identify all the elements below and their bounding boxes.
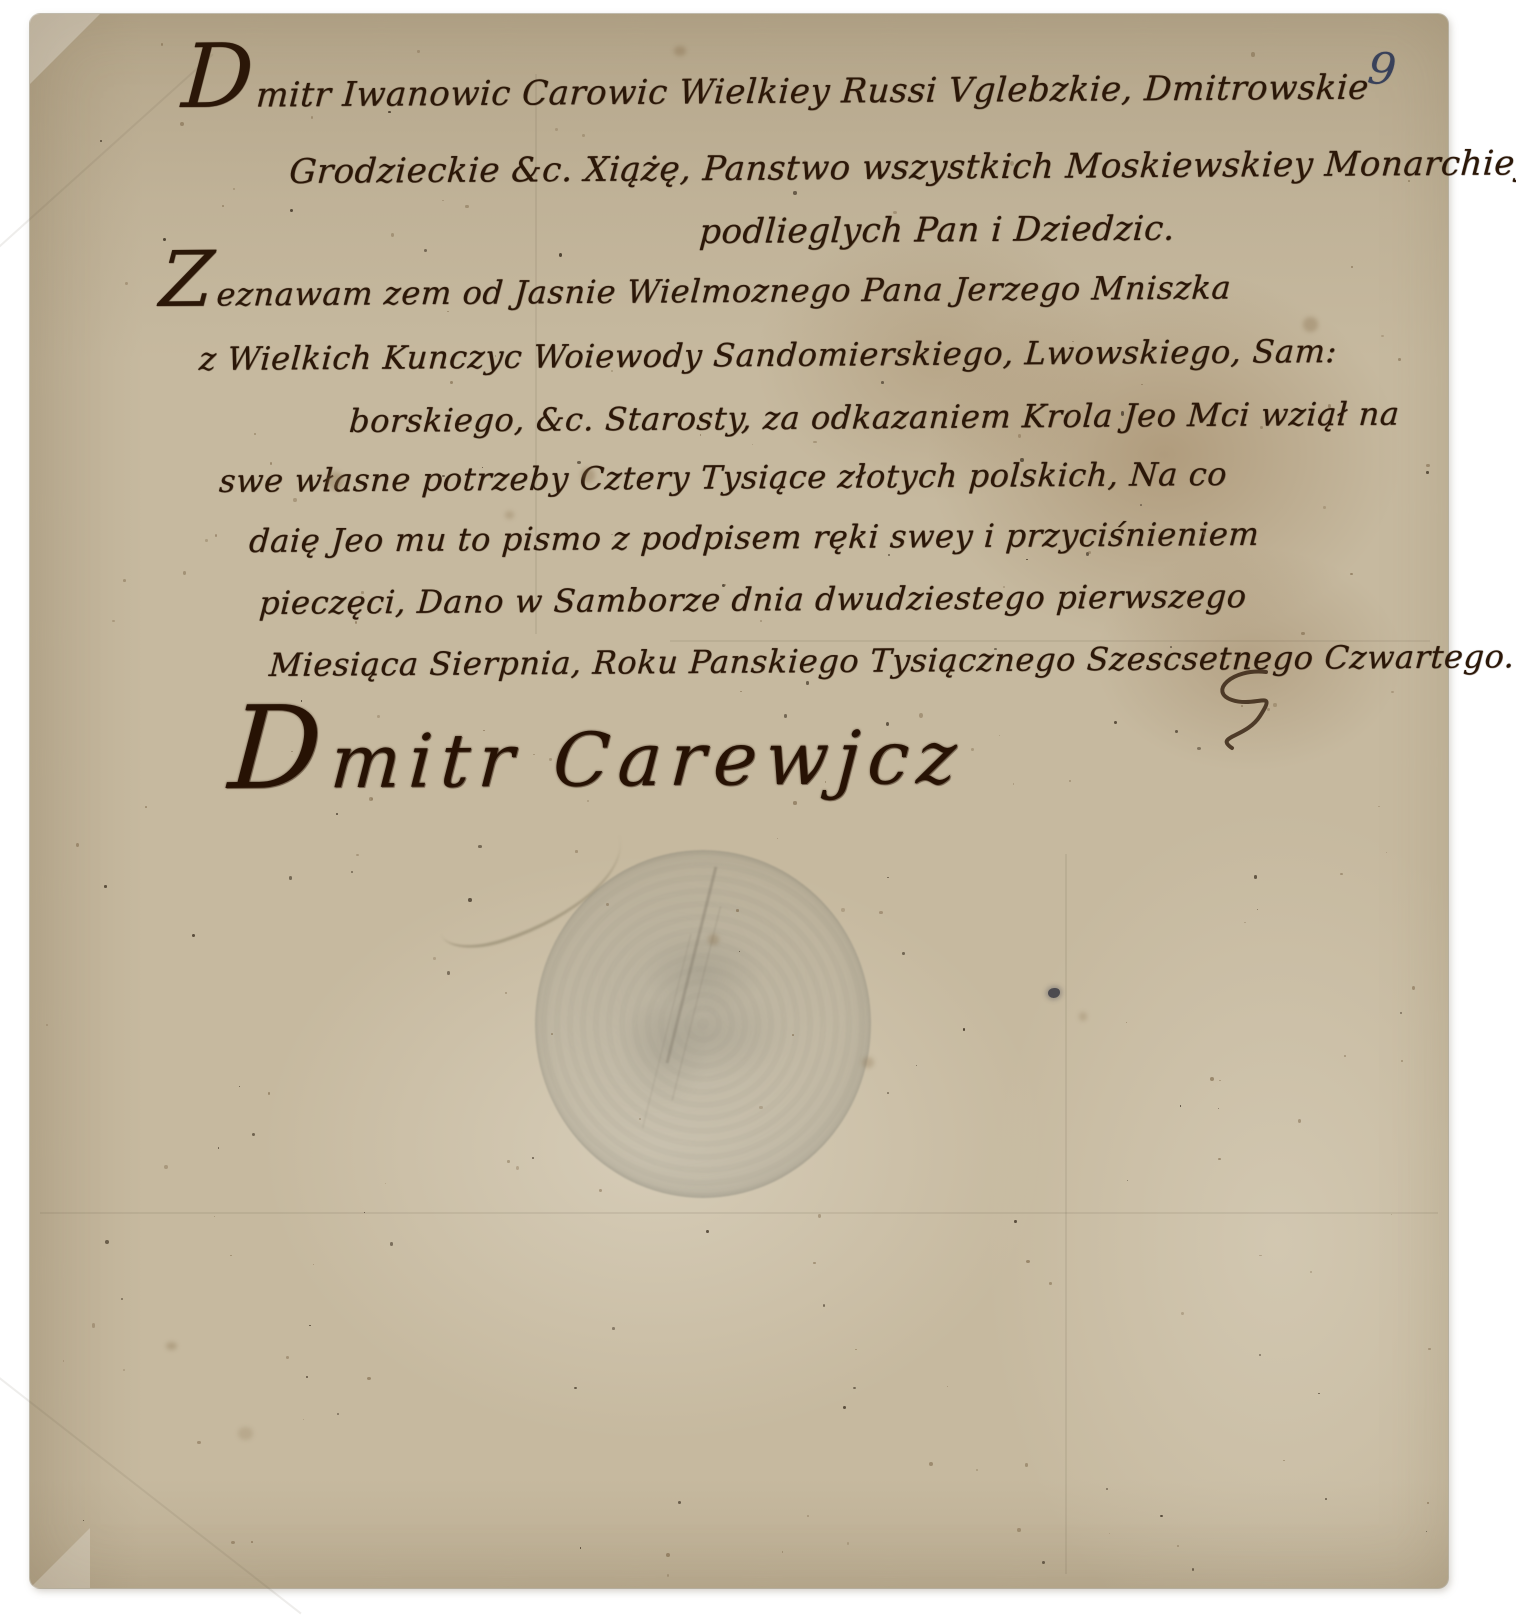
paper-speck — [100, 140, 102, 142]
paper-speck — [1109, 1533, 1110, 1534]
paper-stain — [1079, 1012, 1087, 1021]
ink-blot — [1048, 988, 1060, 998]
paper-speck — [706, 1230, 709, 1233]
paper-speck — [777, 838, 778, 839]
paper-speck — [1210, 1077, 1214, 1081]
paper-speck — [303, 1419, 304, 1420]
paper-speck — [214, 1216, 215, 1217]
paper-speck — [1127, 1180, 1129, 1181]
paper-speck — [1069, 780, 1071, 782]
paper-speck — [887, 877, 888, 878]
paper-speck — [612, 1327, 615, 1330]
paper-speck — [887, 1092, 889, 1094]
paper-speck — [976, 1469, 978, 1471]
paper-speck — [879, 911, 883, 914]
paper-speck — [105, 1240, 109, 1244]
paper-speck — [666, 1553, 670, 1557]
fold-crease-horizontal — [40, 1212, 1438, 1214]
paper-speck — [806, 681, 810, 685]
signature: Dmitr Carewjcz — [226, 715, 967, 806]
paper-speck — [161, 43, 163, 46]
paper-speck — [336, 813, 338, 815]
paper-speck — [215, 534, 217, 537]
scanned-document-view: 9 Dmitr Iwanowic Carowic Wielkiey Russi … — [0, 0, 1516, 1622]
paper-stain — [1303, 317, 1318, 331]
paper-speck — [1014, 1220, 1017, 1223]
paper-speck — [433, 957, 436, 961]
paper-speck — [222, 205, 224, 207]
paper-speck — [1192, 1568, 1195, 1571]
paper-speck — [1298, 1119, 1301, 1123]
paper-speck — [1323, 506, 1326, 510]
paper-speck — [1378, 806, 1380, 807]
paper-speck — [1386, 852, 1388, 854]
paper-speck — [929, 1462, 933, 1466]
fold-crease-vertical — [1065, 854, 1067, 1574]
page-number: 9 — [1365, 43, 1398, 97]
paper-speck — [1259, 1354, 1261, 1356]
paper-speck — [306, 1376, 308, 1379]
paper-speck — [1017, 1528, 1020, 1532]
paper-speck — [1426, 471, 1428, 474]
paper-speck — [183, 571, 186, 575]
body-line: swe własne potrzeby Cztery Tysiące złoty… — [218, 455, 1228, 500]
paper-speck — [1180, 1105, 1182, 1107]
paper-speck — [125, 282, 128, 285]
paper-speck — [1350, 573, 1352, 575]
paper-speck — [1401, 1060, 1403, 1062]
paper-speck — [1141, 384, 1142, 385]
paper-speck — [145, 806, 147, 808]
paper-speck — [1026, 559, 1027, 560]
body-line: borskiego, &c. Starosty, za odkazaniem K… — [348, 395, 1401, 440]
paper-speck — [760, 620, 762, 622]
paper-speck — [1310, 1271, 1312, 1273]
paper-speck — [286, 1356, 289, 1359]
paper-speck — [1426, 1531, 1427, 1532]
paper-speck — [1181, 1312, 1185, 1316]
paper-speck — [818, 1214, 821, 1218]
wax-seal-impression — [535, 850, 871, 1198]
paper-speck — [63, 1360, 65, 1362]
paper-speck — [1351, 266, 1353, 267]
paper-stain — [238, 1427, 253, 1440]
paper-speck — [231, 1541, 235, 1544]
paper-speck — [377, 715, 380, 719]
paper-stain — [505, 511, 514, 519]
body-line: Zeznawam zem od Jasnie Wielmoznego Pana … — [158, 269, 1232, 314]
paper-speck — [853, 1387, 857, 1390]
paper-speck — [1257, 909, 1258, 910]
paper-speck — [83, 1520, 84, 1521]
paper-speck — [1042, 1561, 1045, 1564]
paper-speck — [1177, 1545, 1179, 1546]
body-line: daię Jeo mu to pismo z podpisem ręki swe… — [248, 515, 1261, 560]
paper-speck — [309, 1325, 310, 1327]
paper-speck — [197, 1441, 201, 1444]
paper-speck — [1398, 358, 1401, 361]
paper-speck — [971, 748, 974, 751]
paper-speck — [740, 691, 741, 692]
paper-speck — [268, 1092, 270, 1094]
paper-speck — [1025, 1463, 1029, 1466]
paper-speck — [424, 249, 427, 252]
paper-speck — [123, 1369, 126, 1371]
paper-stain — [166, 1342, 177, 1350]
paper-speck — [855, 1349, 857, 1351]
paper-speck — [1106, 1488, 1108, 1490]
paper-speck — [559, 253, 562, 257]
heading-line: Grodzieckie &c. Xiążę, Panstwo wszystkic… — [288, 143, 1516, 192]
paper-speck — [478, 845, 482, 848]
paper-speck — [447, 971, 451, 975]
paper-speck — [104, 885, 107, 887]
pen-flourish-icon — [1148, 666, 1298, 756]
paper-speck — [46, 1024, 48, 1026]
paper-speck — [252, 1133, 255, 1136]
paper-speck — [121, 1298, 123, 1300]
paper-speck — [1412, 986, 1415, 990]
paper-speck — [841, 908, 845, 911]
paper-speck — [574, 1387, 577, 1390]
paper-speck — [218, 1147, 220, 1148]
paper-speck — [1160, 1515, 1163, 1518]
paper-speck — [1325, 1498, 1327, 1500]
paper-speck — [1140, 504, 1142, 506]
paper-speck — [112, 620, 114, 622]
paper-speck — [667, 1574, 669, 1577]
paper-speck — [290, 209, 293, 212]
paper-speck — [239, 1086, 240, 1087]
paper-speck — [507, 1160, 509, 1163]
paper-speck — [847, 1542, 850, 1545]
paper-speck — [532, 1157, 534, 1159]
manuscript-page: 9 Dmitr Iwanowic Carowic Wielkiey Russi … — [30, 14, 1448, 1588]
paper-speck — [1426, 464, 1430, 467]
paper-speck — [580, 1547, 582, 1548]
paper-speck — [813, 1262, 815, 1264]
paper-speck — [555, 128, 558, 132]
paper-speck — [356, 854, 358, 856]
paper-speck — [1301, 632, 1305, 636]
corner-fold — [30, 1528, 90, 1588]
paper-speck — [289, 876, 293, 880]
paper-speck — [337, 1413, 339, 1415]
body-line: Miesiąca Sierpnia, Roku Panskiego Tysiąc… — [268, 637, 1516, 684]
paper-speck — [1400, 1012, 1402, 1014]
paper-speck — [1428, 1348, 1430, 1351]
paper-speck — [1218, 1158, 1221, 1160]
paper-speck — [1259, 1255, 1261, 1257]
paper-speck — [254, 433, 256, 435]
corner-fold — [30, 14, 100, 84]
paper-speck — [311, 116, 313, 119]
paper-speck — [881, 381, 884, 384]
paper-speck — [205, 539, 208, 542]
paper-speck — [251, 1541, 252, 1543]
body-line: pieczęci, Dano w Samborze dnia dwudziest… — [258, 577, 1248, 622]
paper-speck — [843, 1406, 846, 1409]
paper-speck — [813, 441, 817, 444]
heading-line: Dmitr Iwanowic Carowic Wielkiey Russi Vg… — [180, 68, 1370, 116]
paper-speck — [1219, 1080, 1220, 1081]
paper-speck — [450, 381, 453, 384]
heading-line: podlieglych Pan i Dziedzic. — [698, 209, 1176, 252]
paper-speck — [230, 1255, 232, 1257]
paper-speck — [355, 621, 357, 624]
paper-speck — [1251, 52, 1255, 57]
paper-speck — [516, 1166, 520, 1170]
paper-speck — [1391, 691, 1394, 693]
paper-speck — [807, 1515, 809, 1517]
paper-speck — [678, 1501, 681, 1504]
paper-speck — [916, 1065, 917, 1066]
paper-speck — [782, 1551, 783, 1553]
paper-stain — [674, 46, 687, 56]
paper-speck — [599, 1189, 602, 1192]
paper-speck — [1126, 1022, 1127, 1023]
body-line: z Wielkich Kunczyc Woiewody Sandomierski… — [198, 332, 1338, 378]
paper-speck — [417, 50, 420, 53]
paper-speck — [351, 871, 353, 873]
paper-speck — [465, 205, 468, 209]
paper-speck — [1427, 1502, 1429, 1503]
paper-speck — [164, 1165, 168, 1169]
paper-speck — [823, 1304, 825, 1307]
paper-speck — [76, 843, 79, 847]
paper-speck — [92, 1323, 96, 1327]
paper-speck — [1283, 1460, 1285, 1462]
paper-speck — [1254, 875, 1258, 878]
paper-speck — [947, 1386, 949, 1388]
paper-speck — [442, 200, 444, 202]
paper-speck — [505, 992, 507, 994]
paper-speck — [793, 191, 797, 194]
paper-speck — [752, 444, 753, 445]
paper-speck — [1114, 721, 1117, 724]
paper-speck — [123, 579, 126, 582]
paper-speck — [390, 1242, 393, 1245]
paper-speck — [1340, 873, 1343, 875]
paper-speck — [999, 735, 1000, 736]
paper-speck — [1381, 335, 1384, 337]
paper-speck — [1344, 1055, 1345, 1057]
paper-speck — [1026, 1260, 1030, 1263]
paper-speck — [1218, 1108, 1219, 1109]
paper-speck — [582, 134, 585, 137]
paper-speck — [902, 952, 904, 955]
paper-speck — [233, 188, 235, 190]
paper-speck — [963, 1028, 965, 1030]
paper-speck — [385, 1183, 386, 1184]
paper-speck — [1318, 1393, 1320, 1395]
paper-speck — [192, 934, 195, 937]
paper-speck — [1013, 783, 1014, 784]
paper-speck — [1244, 922, 1246, 923]
paper-speck — [367, 1377, 371, 1380]
paper-speck — [313, 1264, 314, 1266]
paper-speck — [1049, 1282, 1052, 1285]
paper-speck — [391, 233, 394, 237]
